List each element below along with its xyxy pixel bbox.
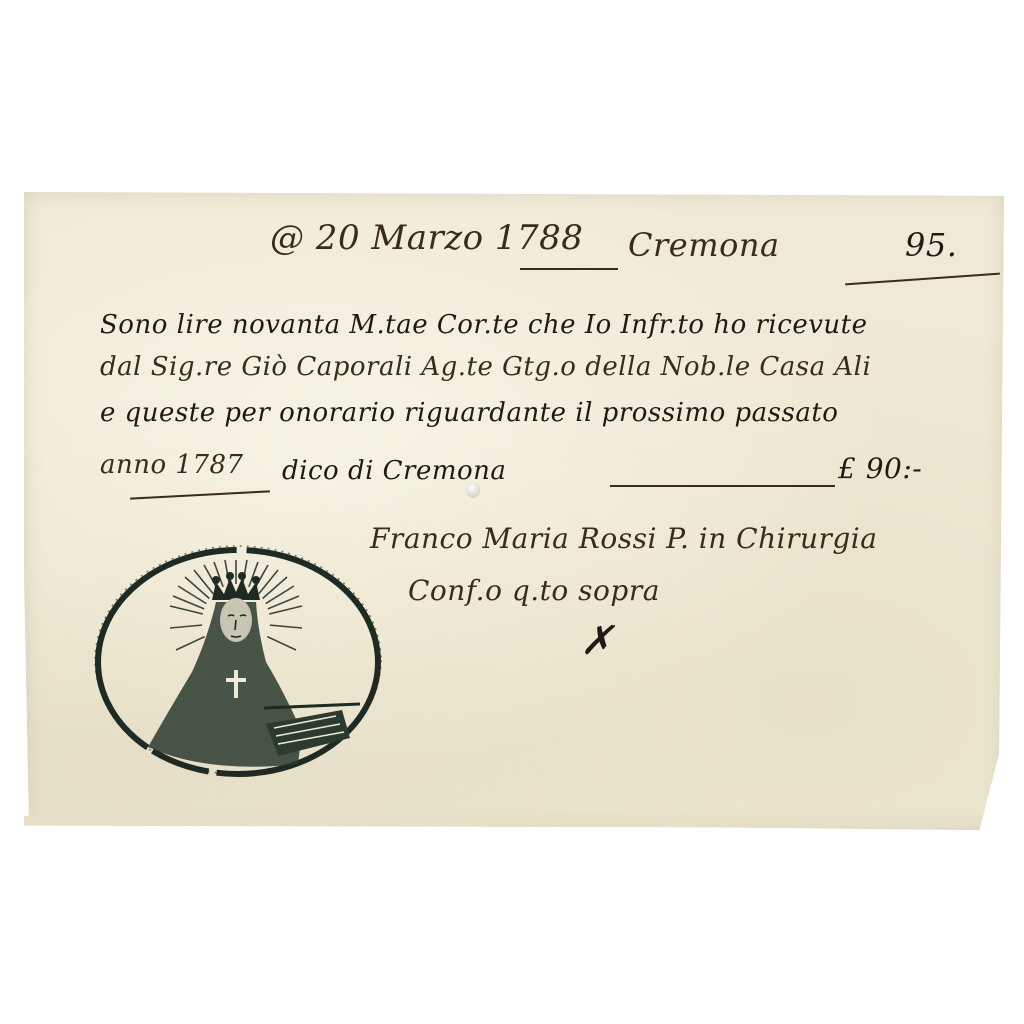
body-line-2: dal Sig.re Giò Caporali Ag.te Gtg.o dell… (100, 352, 871, 382)
receipt-number: 95. (905, 226, 957, 264)
header-date: @ 20 Marzo 1788 (270, 218, 583, 258)
body-line-1: Sono lire novanta M.tae Cor.te che Io In… (100, 310, 867, 340)
amount-fill-line (610, 485, 835, 487)
saint-stamp-seal (88, 542, 384, 782)
signature-name: Franco Maria Rossi P. in Chirurgia (370, 522, 877, 555)
pin-head (466, 482, 480, 498)
body-line-3: e queste per onorario riguardante il pro… (100, 398, 838, 428)
date-underline (520, 268, 618, 270)
signature-confirmation: Conf.o q.to sopra (408, 574, 660, 607)
signature-mark: ✗ (580, 618, 614, 664)
body-line-4-year: anno 1787 (100, 450, 244, 480)
amount: £ 90:- (838, 452, 922, 485)
paper-torn-edge (24, 816, 984, 828)
header-place: Cremona (628, 226, 780, 264)
